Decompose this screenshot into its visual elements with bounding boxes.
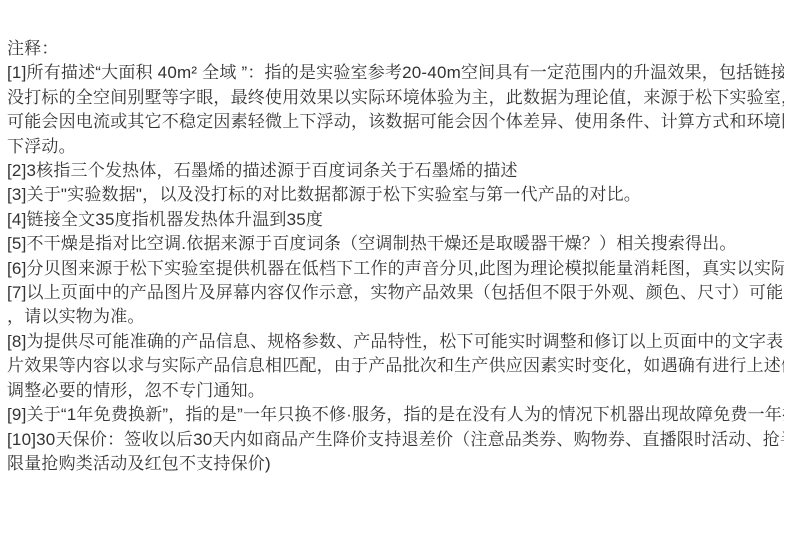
note-line-7b: ，请以实物为准。: [7, 305, 784, 329]
notes-title: 注释：: [7, 37, 784, 61]
note-line-2: [2]3核指三个发热体，石墨烯的描述源于百度词条关于石墨烯的描述: [7, 159, 784, 183]
note-line-7a: [7]以上页面中的产品图片及屏幕内容仅作示意，实物产品效果（包括但不限于外观、颜…: [7, 281, 784, 305]
note-line-1c: 可能会因电流或其它不稳定因素轻微上下浮动，该数据可能会因个体差异、使用条件、计算…: [7, 110, 784, 134]
note-line-1a: [1]所有描述“大面积 40m² 全域 ”：指的是实验室参考20-40m空间具有…: [7, 61, 784, 85]
note-line-3: [3]关于"实验数据"，以及没打标的对比数据都源于松下实验室与第一代产品的对比。: [7, 183, 784, 207]
note-line-4: [4]链接全文35度指机器发热体升温到35度: [7, 208, 784, 232]
note-line-8a: [8]为提供尽可能准确的产品信息、规格参数、产品特性，松下可能实时调整和修订以上…: [7, 330, 784, 354]
note-line-1b: 没打标的全空间别墅等字眼，最终使用效果以实际环境体验为主，此数据为理论值，来源于…: [7, 86, 784, 110]
note-line-10a: [10]30天保价：签收以后30天内如商品产生降价支持退差价（注意品类券、购物券…: [7, 428, 784, 452]
note-line-6: [6]分贝图来源于松下实验室提供机器在低档下工作的声音分贝,此图为理论模拟能量消…: [7, 257, 784, 281]
note-line-10b: 限量抢购类活动及红包不支持保价): [7, 452, 784, 476]
note-line-1d: 下浮动。: [7, 135, 784, 159]
disclaimer-notes: 注释： [1]所有描述“大面积 40m² 全域 ”：指的是实验室参考20-40m…: [0, 0, 790, 476]
note-line-8b: 片效果等内容以求与实际产品信息相匹配，由于产品批次和生产供应因素实时变化，如遇确…: [7, 354, 784, 378]
note-line-5: [5]不干燥是指对比空调.依据来源于百度词条（空调制热干燥还是取暖器干燥？）相关…: [7, 232, 784, 256]
note-line-9: [9]关于“1年免费换新”，指的是”一年只换不修·服务，指的是在没有人为的情况下…: [7, 403, 784, 427]
note-line-8c: 调整必要的情形，忽不专门通知。: [7, 379, 784, 403]
